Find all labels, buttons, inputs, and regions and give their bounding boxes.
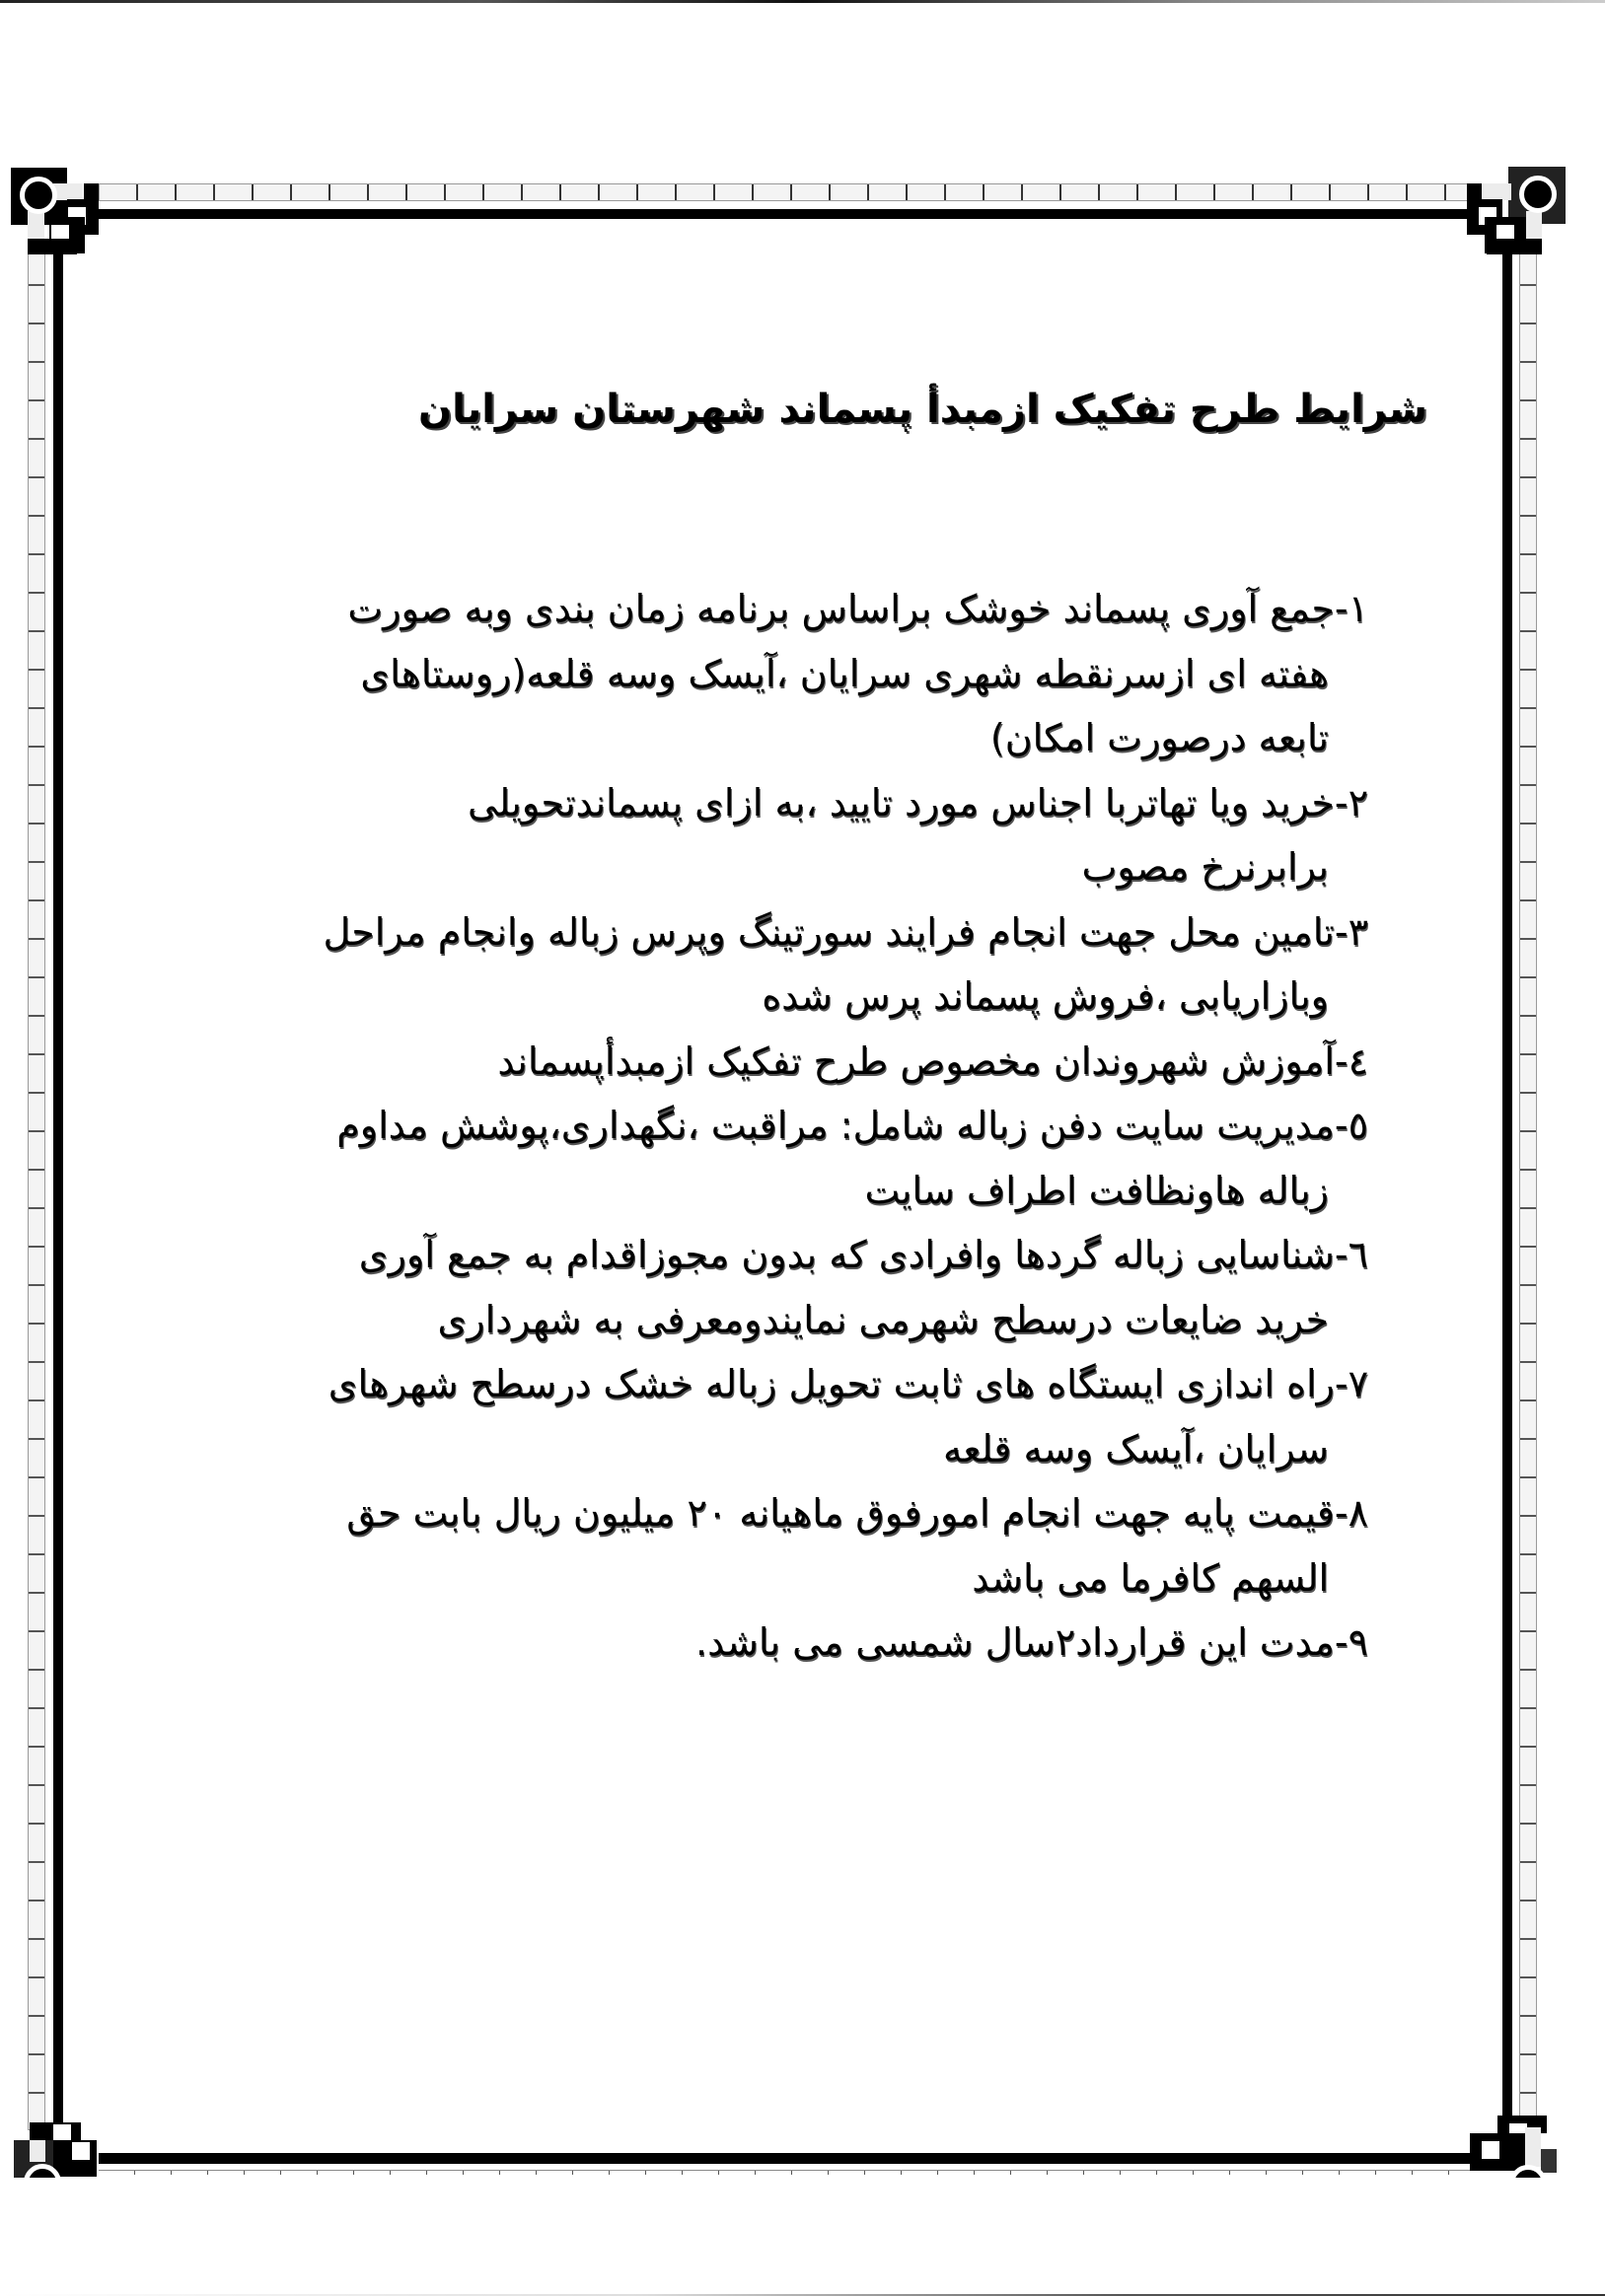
scan-edge-top: [0, 0, 1605, 3]
item-line: ۷-راه اندازی ایستگاه های ثابت تحویل زبال…: [125, 1352, 1368, 1417]
list-item-2: ۲-خرید ویا تهاتربا اجناس مورد تایید ،به …: [125, 771, 1368, 900]
ruler-strip-top: [99, 183, 1490, 201]
corner-ornament-bottom-right: [1470, 2116, 1569, 2178]
frame-line-top: [94, 209, 1495, 219]
item-line: وبازاریابی ،فروش پسماند پرس شده: [125, 965, 1368, 1030]
item-line: ۲-خرید ویا تهاتربا اجناس مورد تایید ،به …: [125, 771, 1368, 836]
list-item-8: ۸-قیمت پایه جهت انجام امورفوق ماهیانه ۲۰…: [125, 1481, 1368, 1611]
ruler-strip-right: [1519, 247, 1537, 2130]
corner-ornament-top-left: [10, 166, 109, 264]
list-item-4: ٤-آموزش شهروندان مخصوص طرح تفکیک ازمبدأپ…: [125, 1030, 1368, 1095]
ring-icon: [1519, 176, 1557, 213]
item-line: ٥-مدیریت سایت دفن زباله شامل: مراقبت ،نگ…: [125, 1094, 1368, 1159]
list-item-5: ٥-مدیریت سایت دفن زباله شامل: مراقبت ،نگ…: [125, 1094, 1368, 1223]
conditions-list: ۱-جمع آوری پسماند خوشک براساس برنامه زما…: [125, 577, 1368, 1676]
item-line: هفته ای ازسرنقطه شهری سرایان ،آیسک وسه ق…: [125, 642, 1368, 707]
list-item-1: ۱-جمع آوری پسماند خوشک براساس برنامه زما…: [125, 577, 1368, 771]
ruler-strip-left: [28, 247, 45, 2130]
corner-ornament-top-right: [1467, 166, 1566, 264]
list-item-3: ۳-تامین محل جهت انجام فرایند سورتینگ وپر…: [125, 900, 1368, 1030]
item-line: السهم کافرما می باشد: [125, 1546, 1368, 1612]
item-line: زباله هاونظافت اطراف سایت: [125, 1159, 1368, 1224]
item-line: تابعه درصورت امکان): [125, 706, 1368, 771]
frame-line-left: [53, 251, 63, 2125]
frame-line-bottom: [99, 2153, 1480, 2164]
item-line: ۹-مدت این قرارداد۲سال شمسی می باشد.: [125, 1611, 1368, 1676]
document-title: شرایط طرح تفکیک ازمبدأ پسماند شهرستان سر…: [418, 387, 1427, 432]
item-line: ۱-جمع آوری پسماند خوشک براساس برنامه زما…: [125, 577, 1368, 642]
ruler-strip-bottom: [99, 2170, 1480, 2175]
list-item-7: ۷-راه اندازی ایستگاه های ثابت تحویل زبال…: [125, 1352, 1368, 1481]
item-line: ٦-شناسایی زباله گردها وافرادی که بدون مج…: [125, 1223, 1368, 1288]
list-item-9: ۹-مدت این قرارداد۲سال شمسی می باشد.: [125, 1611, 1368, 1676]
corner-ornament-bottom-left: [14, 2120, 112, 2178]
ring-icon: [20, 177, 57, 214]
item-line: برابرنرخ مصوب: [125, 835, 1368, 900]
item-line: ۳-تامین محل جهت انجام فرایند سورتینگ وپر…: [125, 900, 1368, 966]
item-line: سرایان ،آیسک وسه قلعه: [125, 1417, 1368, 1482]
list-item-6: ٦-شناسایی زباله گردها وافرادی که بدون مج…: [125, 1223, 1368, 1352]
item-line: ٤-آموزش شهروندان مخصوص طرح تفکیک ازمبدأپ…: [125, 1030, 1368, 1095]
frame-line-right: [1502, 251, 1512, 2125]
item-line: خرید ضایعات درسطح شهرمی نمایندومعرفی به …: [125, 1288, 1368, 1353]
item-line: ۸-قیمت پایه جهت انجام امورفوق ماهیانه ۲۰…: [125, 1481, 1368, 1546]
